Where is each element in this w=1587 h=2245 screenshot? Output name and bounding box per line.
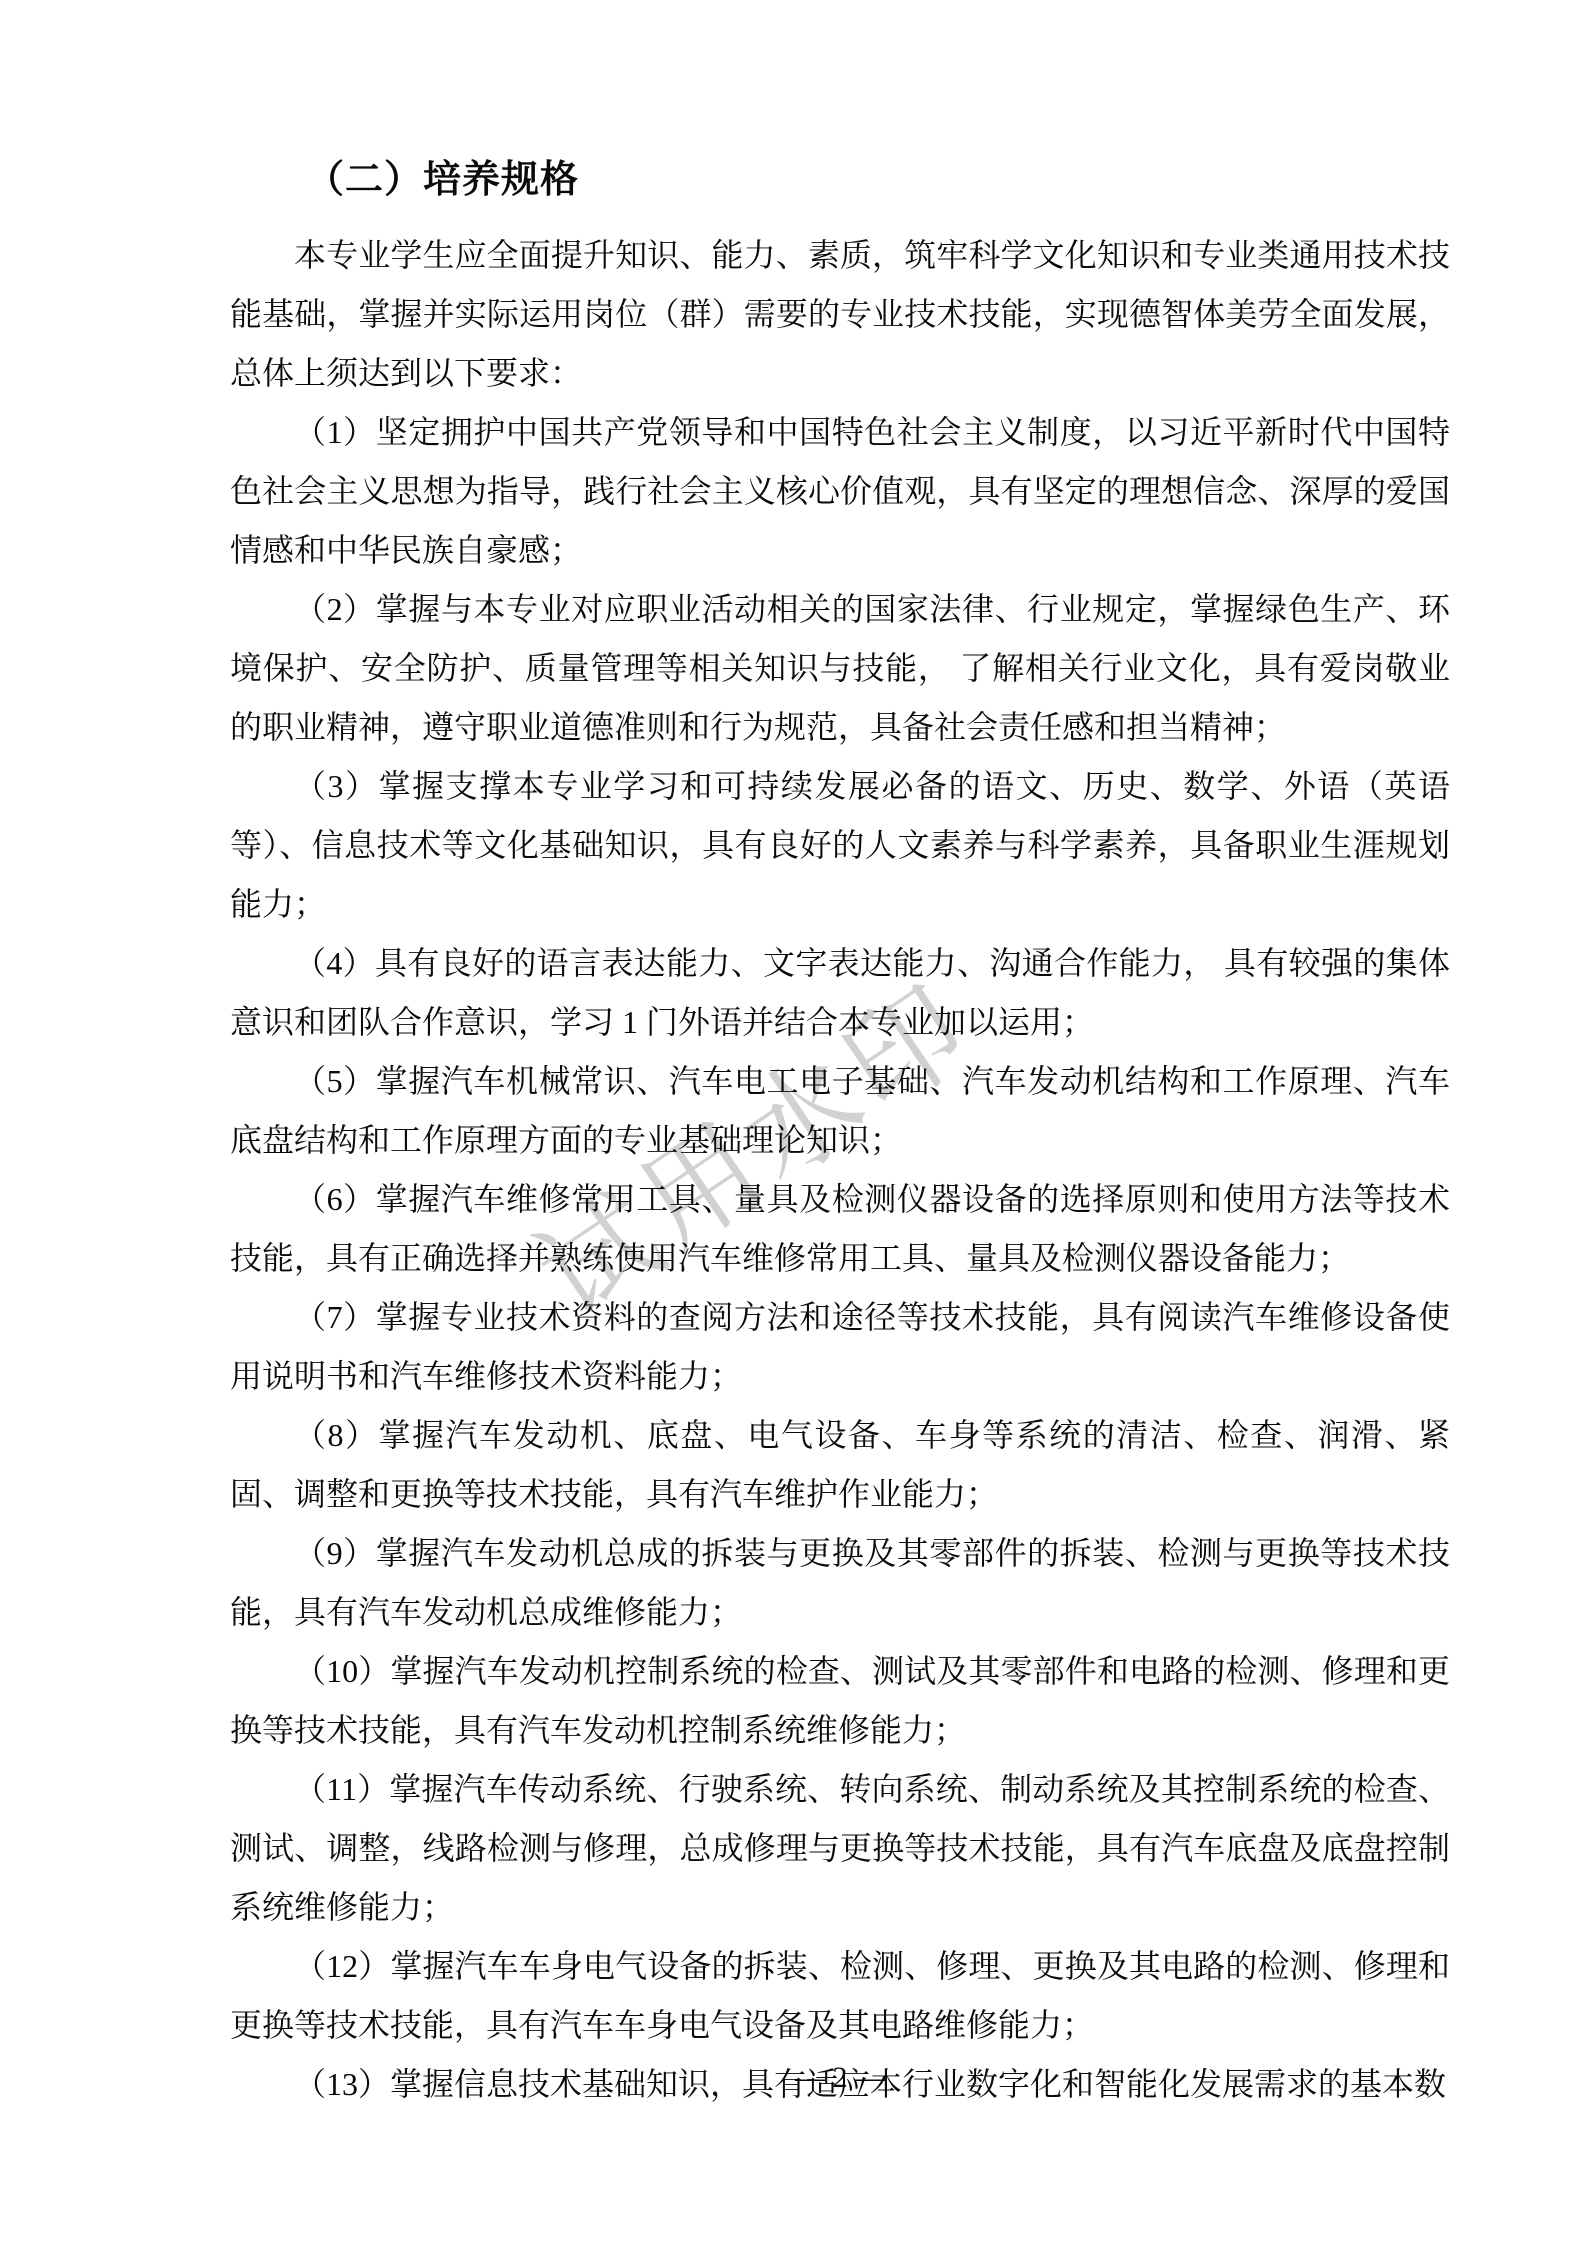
requirement-item-4: （4）具有良好的语言表达能力、文字表达能力、沟通合作能力， 具有较强的集体意识和… bbox=[230, 934, 1450, 1052]
requirement-item-5: （5）掌握汽车机械常识、汽车电工电子基础、汽车发动机结构和工作原理、汽车底盘结构… bbox=[230, 1052, 1450, 1170]
requirement-item-1: （1）坚定拥护中国共产党领导和中国特色社会主义制度，以习近平新时代中国特色社会主… bbox=[230, 403, 1450, 580]
requirement-item-8: （8）掌握汽车发动机、底盘、电气设备、车身等系统的清洁、检查、润滑、紧固、调整和… bbox=[230, 1406, 1450, 1524]
document-page: 试用水印 （二）培养规格 本专业学生应全面提升知识、能力、素质，筑牢科学文化知识… bbox=[0, 0, 1587, 2245]
intro-paragraph: 本专业学生应全面提升知识、能力、素质，筑牢科学文化知识和专业类通用技术技能基础，… bbox=[230, 226, 1450, 403]
requirement-item-2: （2）掌握与本专业对应职业活动相关的国家法律、行业规定，掌握绿色生产、环境保护、… bbox=[230, 580, 1450, 757]
section-heading: （二）培养规格 bbox=[230, 150, 1450, 210]
requirement-item-7: （7）掌握专业技术资料的查阅方法和途径等技术技能，具有阅读汽车维修设备使用说明书… bbox=[230, 1288, 1450, 1406]
document-content: （二）培养规格 本专业学生应全面提升知识、能力、素质，筑牢科学文化知识和专业类通… bbox=[230, 150, 1450, 2114]
requirement-item-3: （3）掌握支撑本专业学习和可持续发展必备的语文、历史、数学、外语（英语等）、信息… bbox=[230, 757, 1450, 934]
page-number: — 2 — bbox=[230, 2058, 1450, 2098]
document-body: 本专业学生应全面提升知识、能力、素质，筑牢科学文化知识和专业类通用技术技能基础，… bbox=[230, 226, 1450, 2114]
requirement-item-12: （12）掌握汽车车身电气设备的拆装、检测、修理、更换及其电路的检测、修理和更换等… bbox=[230, 1937, 1450, 2055]
requirement-item-10: （10）掌握汽车发动机控制系统的检查、测试及其零部件和电路的检测、修理和更换等技… bbox=[230, 1642, 1450, 1760]
requirement-item-9: （9）掌握汽车发动机总成的拆装与更换及其零部件的拆装、检测与更换等技术技能，具有… bbox=[230, 1524, 1450, 1642]
requirement-item-11: （11）掌握汽车传动系统、行驶系统、转向系统、制动系统及其控制系统的检查、测试、… bbox=[230, 1760, 1450, 1937]
requirement-item-6: （6）掌握汽车维修常用工具、量具及检测仪器设备的选择原则和使用方法等技术技能，具… bbox=[230, 1170, 1450, 1288]
